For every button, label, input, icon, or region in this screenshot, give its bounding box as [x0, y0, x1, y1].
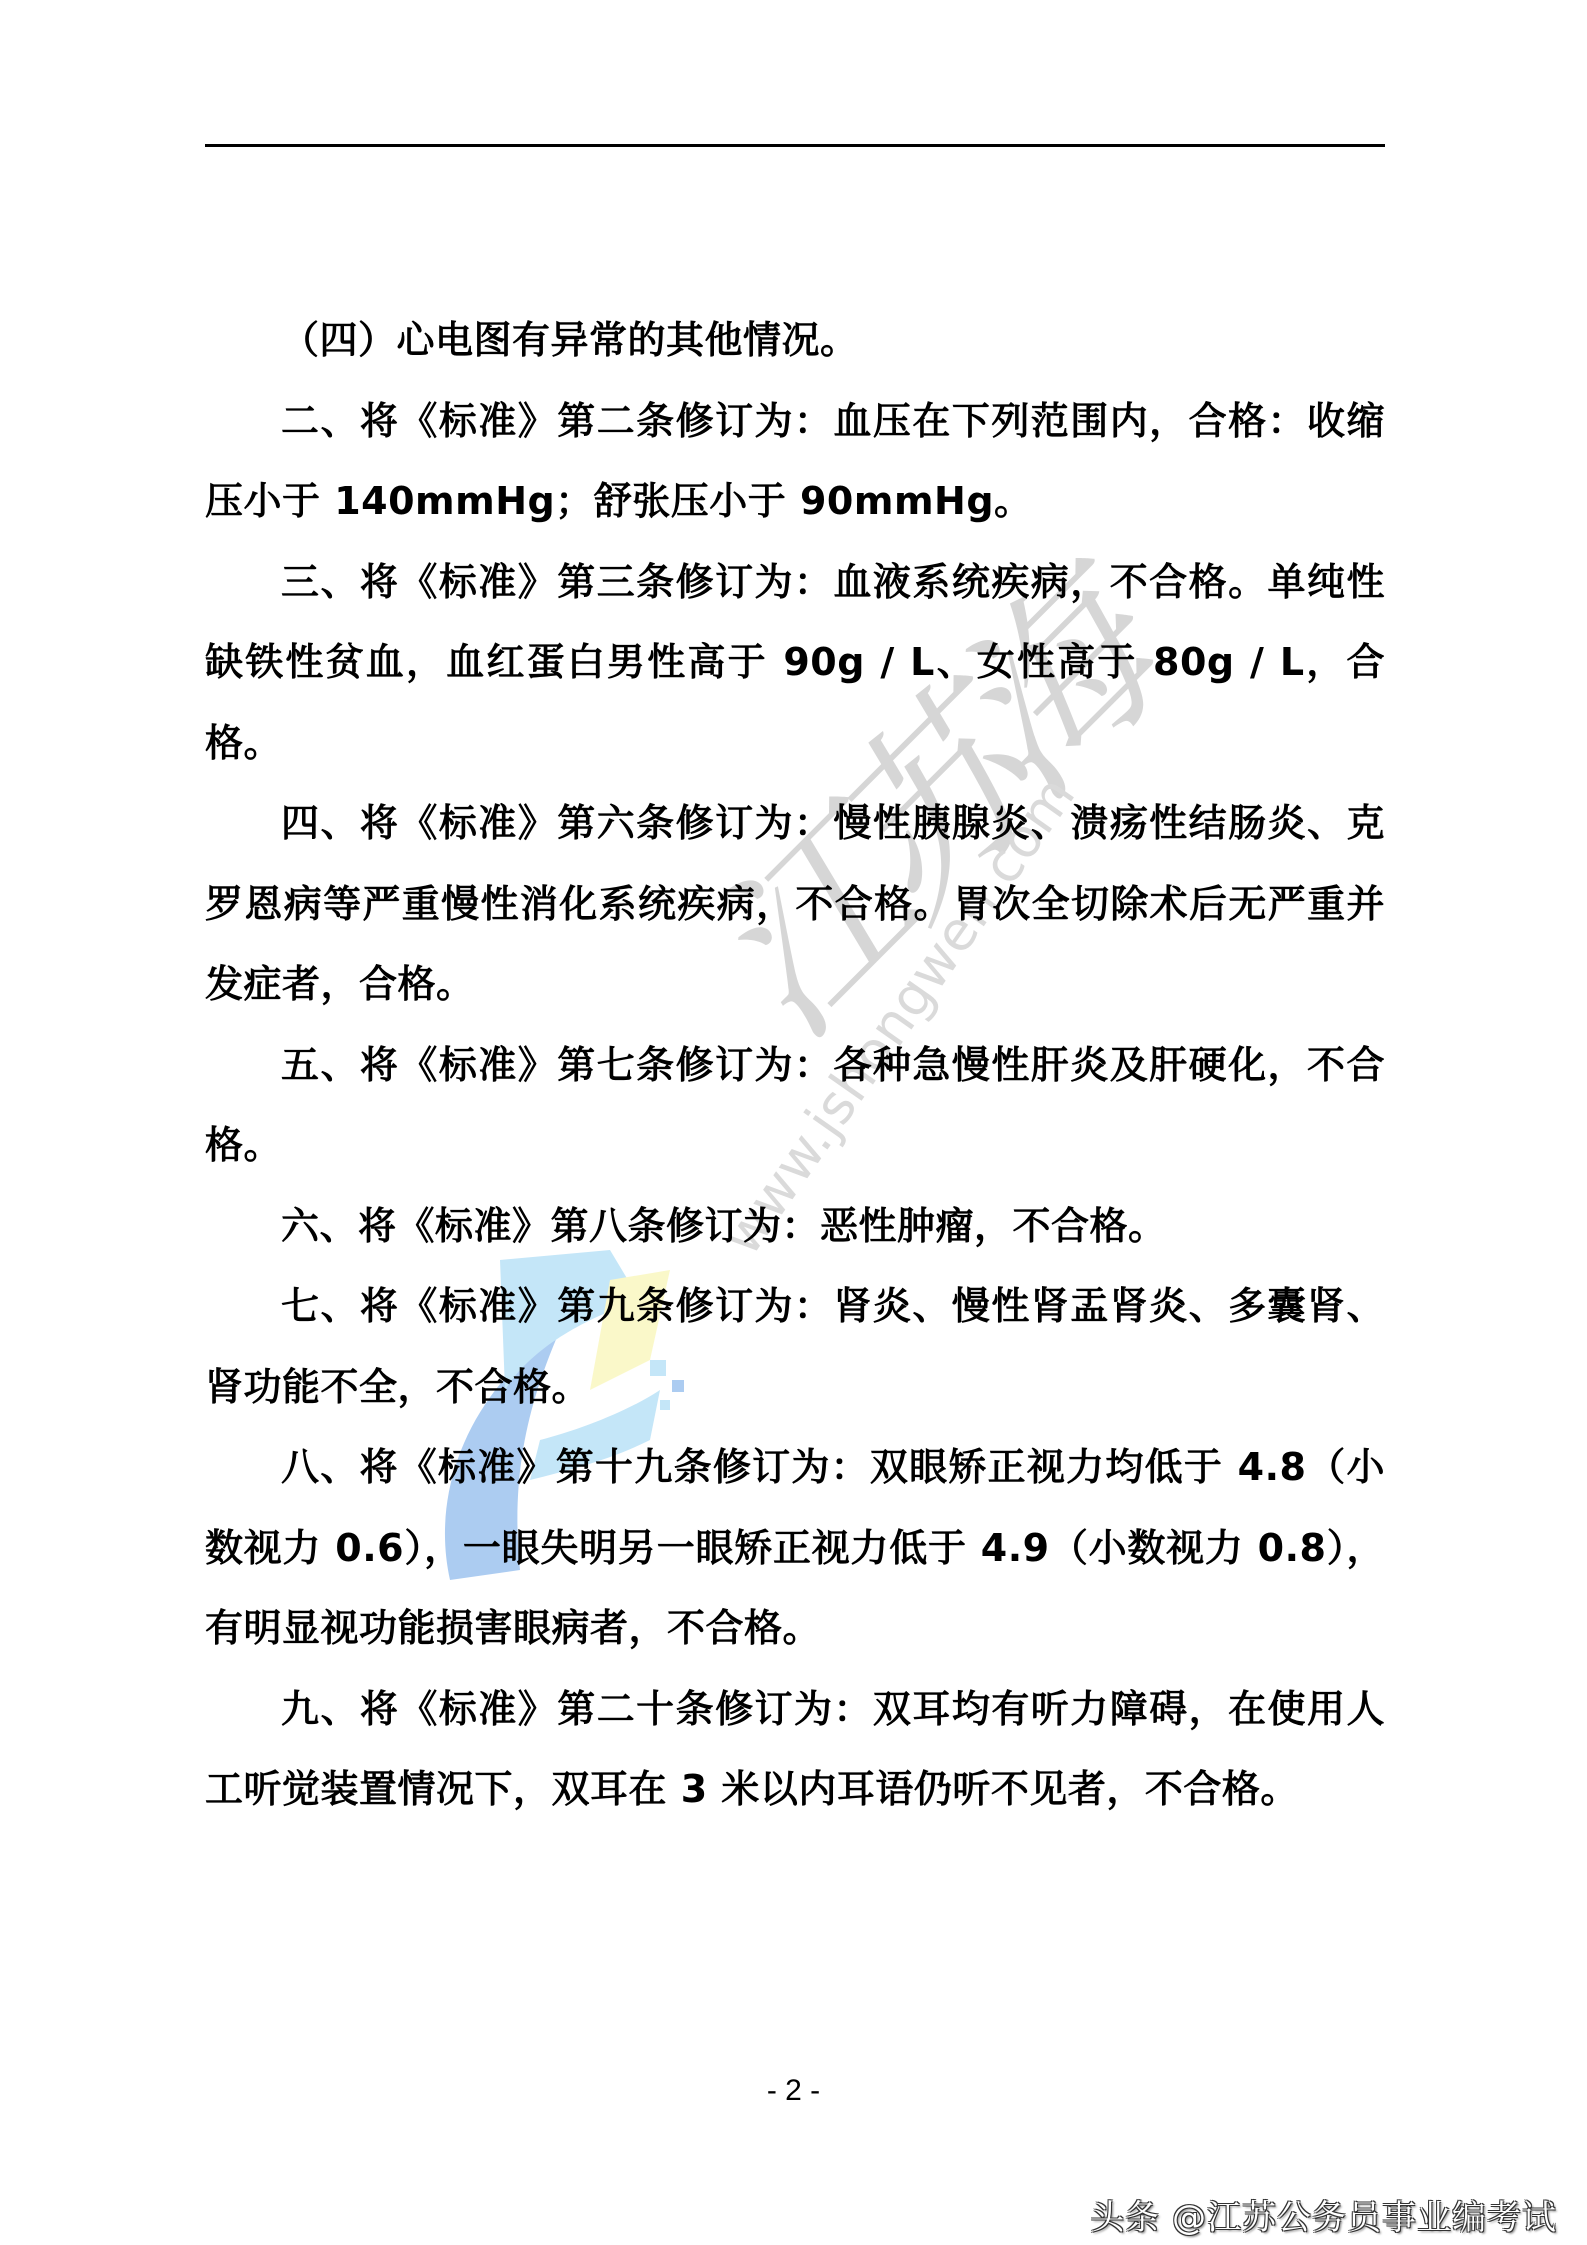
document-body: （四）心电图有异常的其他情况。 二、将《标准》第二条修订为：血压在下列范围内，合… [205, 300, 1385, 1830]
paragraph-item-4-ecg: （四）心电图有异常的其他情况。 [205, 300, 1385, 381]
paragraph-article-2-blood-pressure: 二、将《标准》第二条修订为：血压在下列范围内，合格：收缩压小于 140mmHg；… [205, 381, 1385, 542]
header-rule [205, 144, 1385, 147]
paragraph-article-8-tumor: 六、将《标准》第八条修订为：恶性肿瘤，不合格。 [205, 1186, 1385, 1267]
paragraph-article-7-liver: 五、将《标准》第七条修订为：各种急慢性肝炎及肝硬化，不合格。 [205, 1025, 1385, 1186]
paragraph-article-6-digestive: 四、将《标准》第六条修订为：慢性胰腺炎、溃疡性结肠炎、克罗恩病等严重慢性消化系统… [205, 783, 1385, 1025]
paragraph-article-9-kidney: 七、将《标准》第九条修订为：肾炎、慢性肾盂肾炎、多囊肾、肾功能不全，不合格。 [205, 1266, 1385, 1427]
paragraph-article-20-hearing: 九、将《标准》第二十条修订为：双耳均有听力障碍，在使用人工听觉装置情况下，双耳在… [205, 1669, 1385, 1830]
page-number: - 2 - [0, 2074, 1587, 2108]
paragraph-article-19-vision: 八、将《标准》第十九条修订为：双眼矫正视力均低于 4.8（小数视力 0.6），一… [205, 1427, 1385, 1669]
paragraph-article-3-blood-system: 三、将《标准》第三条修订为：血液系统疾病，不合格。单纯性缺铁性贫血，血红蛋白男性… [205, 542, 1385, 784]
source-credit-watermark: 头条 @江苏公务员事业编考试 [1090, 2190, 1557, 2239]
